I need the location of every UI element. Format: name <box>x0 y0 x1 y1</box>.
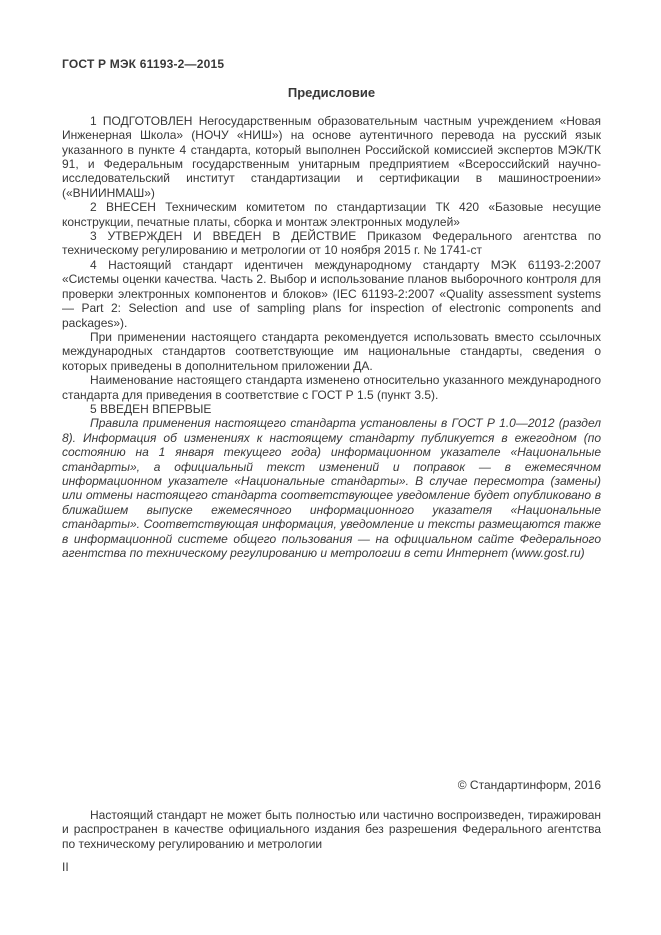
foreword-clause-2: 2 ВНЕСЕН Техническим комитетом по станда… <box>62 200 601 229</box>
foreword-body: 1 ПОДГОТОВЛЕН Негосударственным образова… <box>62 114 601 561</box>
foreword-clause-4-note-2: Наименование настоящего стандарта измене… <box>62 373 601 402</box>
foreword-clause-4: 4 Настоящий стандарт идентичен междунаро… <box>62 258 601 330</box>
copyright-line: © Стандартинформ, 2016 <box>62 778 601 792</box>
document-page: ГОСТ Р МЭК 61193-2—2015 Предисловие 1 ПО… <box>0 0 661 935</box>
doc-number: ГОСТ Р МЭК 61193-2—2015 <box>62 57 601 71</box>
foreword-clause-3: 3 УТВЕРЖДЕН И ВВЕДЕН В ДЕЙСТВИЕ Приказом… <box>62 229 601 258</box>
foreword-clause-1: 1 ПОДГОТОВЛЕН Негосударственным образова… <box>62 114 601 200</box>
application-rules-note: Правила применения настоящего стандарта … <box>62 416 601 560</box>
page-number: II <box>62 860 69 874</box>
page-title: Предисловие <box>62 86 601 100</box>
reproduction-notice: Настоящий стандарт не может быть полност… <box>62 808 601 851</box>
foreword-clause-4-note-1: При применении настоящего стандарта реко… <box>62 330 601 373</box>
foreword-clause-5: 5 ВВЕДЕН ВПЕРВЫЕ <box>62 402 601 416</box>
